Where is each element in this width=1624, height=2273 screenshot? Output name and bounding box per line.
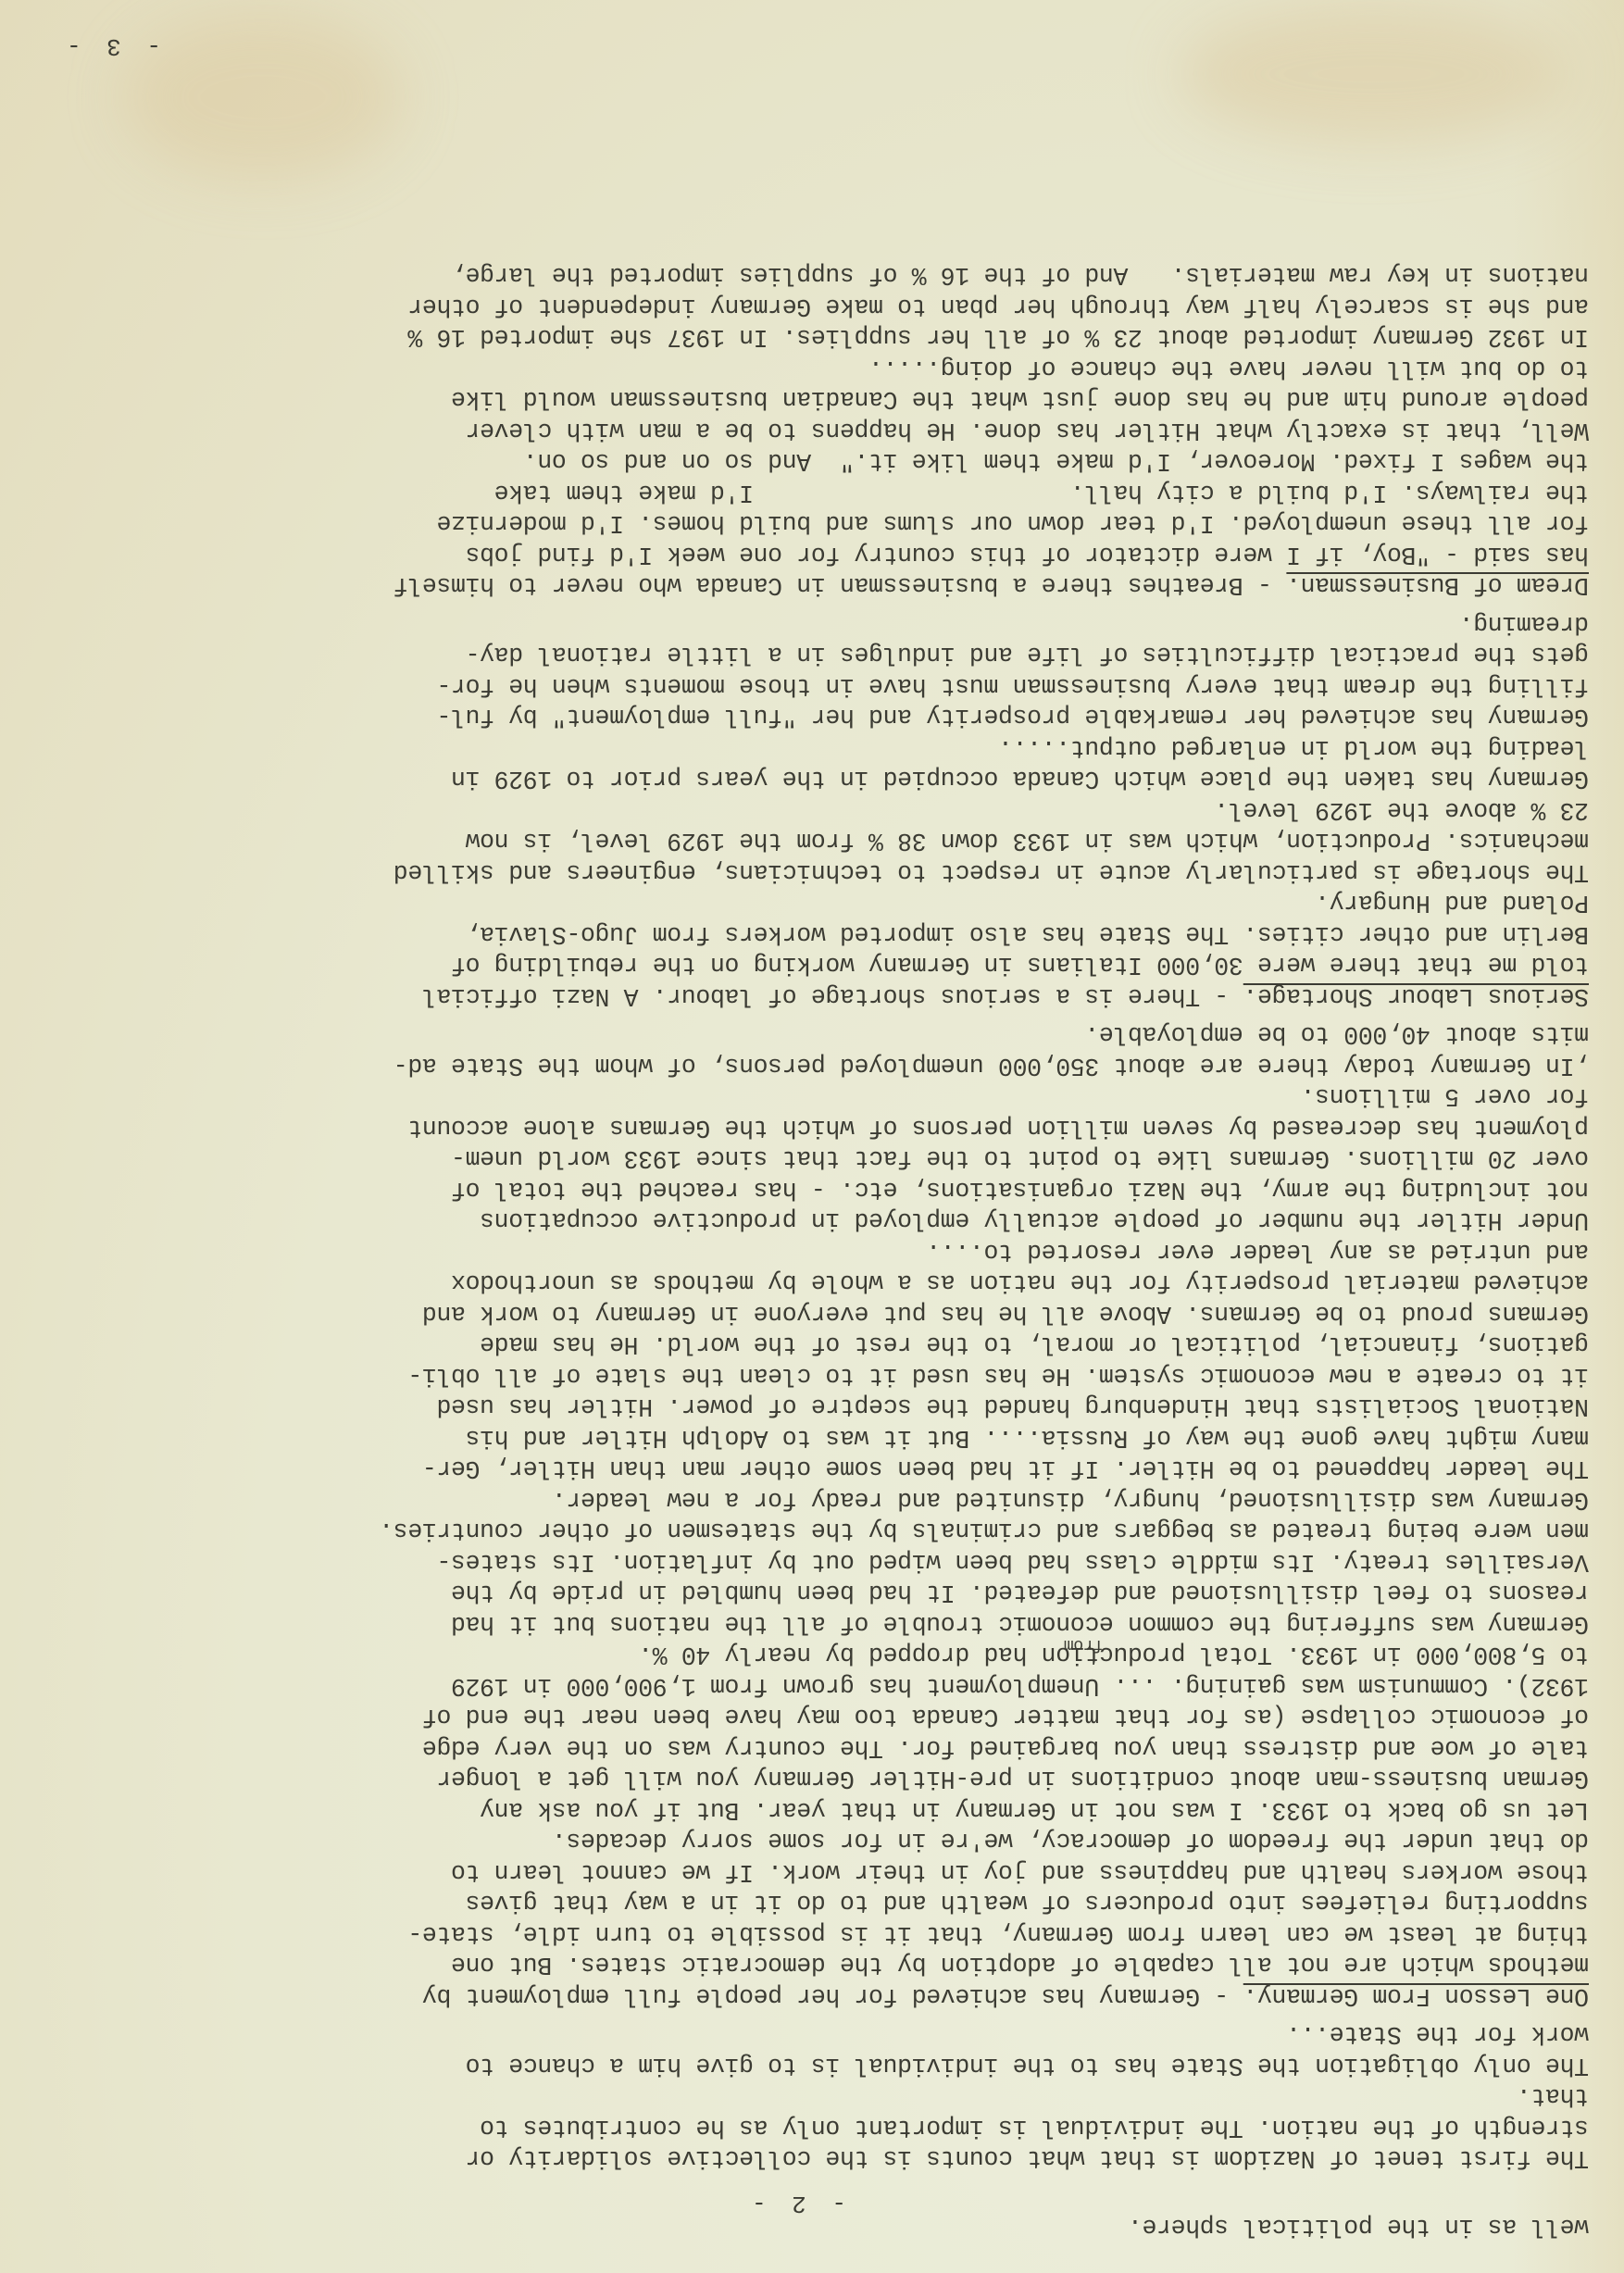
- text-line: mechanics. Production, which was in 1933…: [33, 825, 1589, 856]
- heading-labour: Serious Labour Shortage.: [1243, 982, 1589, 1010]
- text-line: leading the world in enlarged output....…: [33, 732, 1589, 764]
- paper-stain: [1180, 5, 1568, 144]
- text-line: that.: [33, 2080, 1589, 2112]
- page-number-bottom: - 3 -: [61, 32, 161, 60]
- text-line: 23 % above the 1929 level.: [33, 794, 1589, 826]
- paragraph-heading-line: Serious Labour Shortage. - There is a se…: [33, 980, 1589, 1012]
- text-line: filling the dream that every businessman…: [33, 670, 1589, 702]
- text-fragment: Germany was suffering the common economi…: [451, 1610, 1589, 1638]
- text-line: Under Hitler the number of people actual…: [33, 1205, 1589, 1236]
- text-line: it to create a new economic system. He h…: [33, 1360, 1589, 1392]
- text-line: Berlin and other cities. The State has a…: [33, 918, 1589, 950]
- text-line: reasons to feel disillusioned and defeat…: [33, 1577, 1589, 1608]
- text-line: nations in key raw materials. And of the…: [33, 259, 1589, 291]
- text-line-with-insert: Germany was suffering the common economi…: [33, 1608, 1589, 1640]
- text-line: Let us go back to 1933. I was not in Ger…: [33, 1794, 1589, 1826]
- text-line: dreaming.: [33, 608, 1589, 640]
- heading-lesson: One Lesson From Germany.: [1243, 1982, 1589, 2010]
- text-line: Poland and Hungary.: [33, 887, 1589, 918]
- text-line: to do but will never have the chance of …: [33, 353, 1589, 384]
- body-text: well as in the political sphere. The fir…: [33, 259, 1589, 2260]
- text-line: not including the army, the Nazi organis…: [33, 1174, 1589, 1205]
- text-line: 1932). Communism was gaining. ... Unempl…: [33, 1670, 1589, 1702]
- text-line: Versailles treaty. Its middle class had …: [33, 1546, 1589, 1578]
- text-line: Germany has achieved her remarkable pros…: [33, 701, 1589, 732]
- text-line: the wages I fixed. Moreover, I'd make th…: [33, 445, 1589, 477]
- text-line: gets the practical difficulties of life …: [33, 639, 1589, 670]
- text-line: In 1932 Germany imported about 23 % of a…: [33, 321, 1589, 353]
- text-line: ,In Germany today there are about 350,00…: [33, 1050, 1589, 1081]
- text-line: The first tenet of Nazidom is that what …: [33, 2142, 1589, 2174]
- text-line: to 5,800,000 in 1933. Total production h…: [33, 1639, 1589, 1670]
- text-line: achieved material prosperity for the nat…: [33, 1267, 1589, 1298]
- text-line: The shortage is particularly acute in re…: [33, 856, 1589, 888]
- text-line: methods which are not all capable of ado…: [33, 1949, 1589, 1980]
- text-line: for all these unemployed. I'd tear down …: [33, 507, 1589, 539]
- text-line: Well, that is exactly what Hitler has do…: [33, 415, 1589, 446]
- heading-dream: Dream of Businessman.: [1286, 572, 1589, 600]
- text-line: well as in the political sphere.: [33, 2211, 1589, 2242]
- text-line: Germany was disillusioned, hungry, disun…: [33, 1484, 1589, 1516]
- text-line: strength of the nation. The individual i…: [33, 2112, 1589, 2143]
- text-line: Germany has taken the place which Canada…: [33, 763, 1589, 794]
- text-line: has said - "Boy, if I were dictator of t…: [33, 539, 1589, 570]
- text-line: thing at least we can learn from Germany…: [33, 1918, 1589, 1950]
- text-line: supporting reliefees into producers of w…: [33, 1887, 1589, 1918]
- text-line: people around him and he has done just w…: [33, 383, 1589, 415]
- text-line: ployment has decreased by seven million …: [33, 1112, 1589, 1143]
- text-fragment: - There is a serious shortage of labour.…: [422, 982, 1243, 1010]
- text-line: of economic collapse (as for that matter…: [33, 1701, 1589, 1732]
- text-line: Germans proud to be Germans. Above all h…: [33, 1298, 1589, 1330]
- text-line: The only obligation the State has to the…: [33, 2050, 1589, 2081]
- paragraph-heading-line: Dream of Businessman. - Breathes there a…: [33, 569, 1589, 601]
- text-line: work for the State...: [33, 2018, 1589, 2050]
- typewritten-page: - 2 - well as in the political sphere. T…: [0, 0, 1624, 2273]
- text-line: and she is scarcely half way through her…: [33, 291, 1589, 322]
- text-line: tale of woe and distress than you bargai…: [33, 1732, 1589, 1764]
- text-fragment: - Germany has achieved for her people fu…: [422, 1982, 1243, 2010]
- text-line: gations, financial, political or moral, …: [33, 1329, 1589, 1360]
- paper-stain: [124, 14, 402, 181]
- handwritten-insert: from: [1064, 1629, 1103, 1660]
- text-line: and untried as any leader ever resorted …: [33, 1236, 1589, 1268]
- text-line: men were being treated as beggars and cr…: [33, 1515, 1589, 1546]
- text-line: those workers health and happiness and j…: [33, 1856, 1589, 1888]
- text-line: the railways. I'd build a city hall. I'd…: [33, 477, 1589, 508]
- text-line: do that under the freedom of democracy, …: [33, 1825, 1589, 1856]
- text-fragment: - Breathes there a businessman in Canada…: [394, 572, 1286, 600]
- text-line: The leader happened to be Hitler. If it …: [33, 1453, 1589, 1484]
- text-line: over 20 millions. Germans like to point …: [33, 1143, 1589, 1174]
- text-line: told me that there were 30,000 Italians …: [33, 949, 1589, 980]
- text-line: many might have gone the way of Russia..…: [33, 1422, 1589, 1454]
- paragraph-heading-line: One Lesson From Germany. - Germany has a…: [33, 1980, 1589, 2012]
- text-line: National Socialists that Hindenburg hand…: [33, 1391, 1589, 1422]
- text-line: mits about 40,000 to be employable.: [33, 1018, 1589, 1050]
- text-line: German business-man about conditions in …: [33, 1763, 1589, 1794]
- text-line: for over 5 millions.: [33, 1080, 1589, 1112]
